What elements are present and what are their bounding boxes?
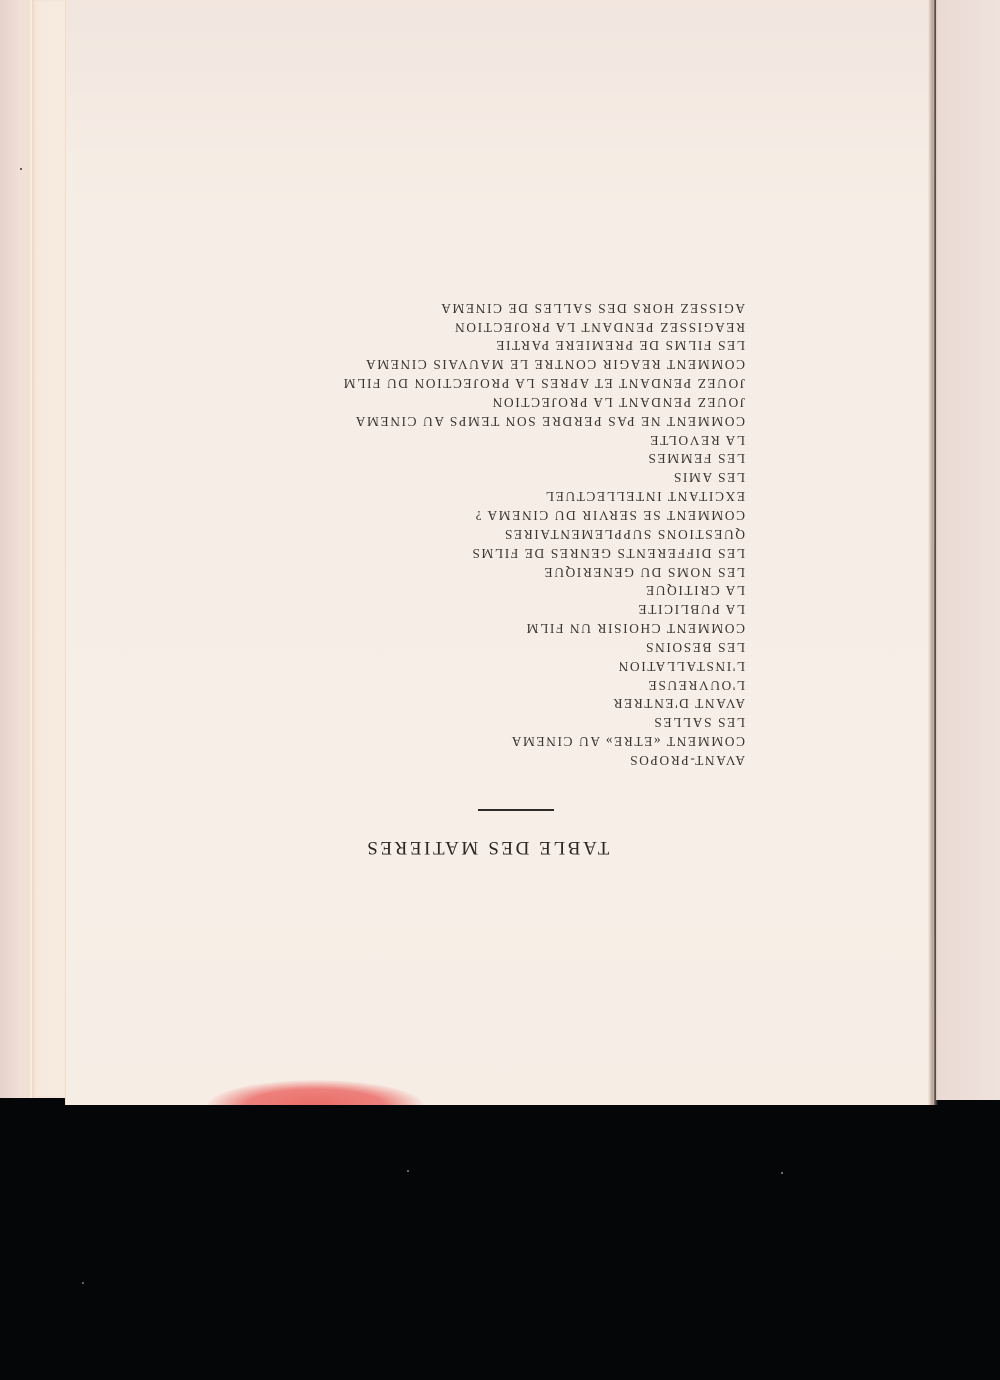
adjacent-page-edge-right <box>936 0 1000 1100</box>
dust-speck <box>20 168 22 170</box>
page-gutter-shadow <box>928 0 938 1105</box>
dust-speck <box>781 1172 783 1174</box>
dust-speck <box>82 1282 84 1284</box>
adjacent-page-fold-left <box>30 0 68 1098</box>
scanned-page: TABLE DES MATIERES AVANT-PROPOS COMMENT … <box>0 0 1000 1380</box>
dust-speck <box>407 1170 409 1172</box>
adjacent-page-edge-left <box>0 0 34 1098</box>
main-page-paper <box>65 0 934 1105</box>
